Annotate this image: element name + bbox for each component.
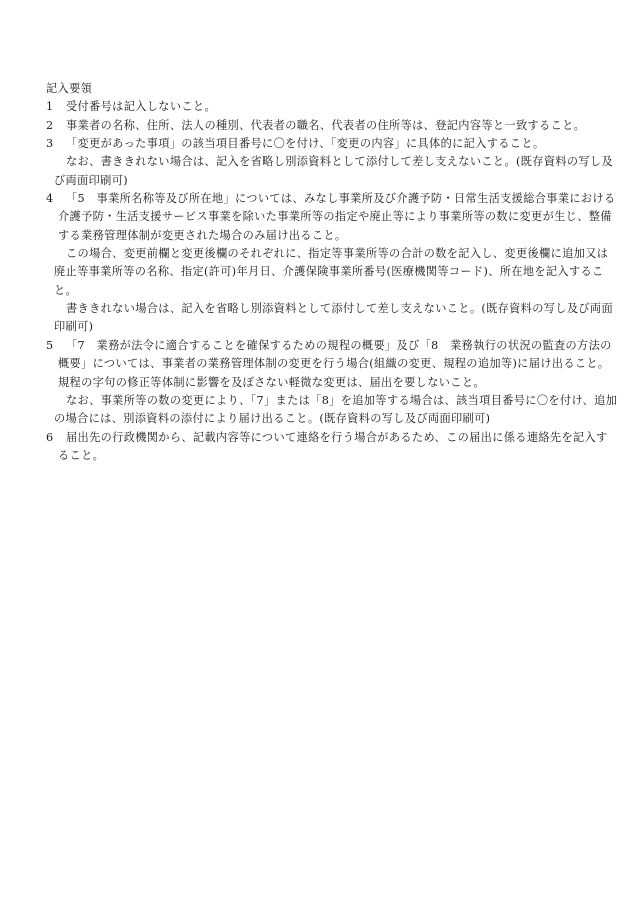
instructions-document: 記入要領 1 受付番号は記入しないこと。 2 事業者の名称、住所、法人の種別、代… (46, 80, 618, 465)
item-text: 事業者の名称、住所、法人の種別、代表者の職名、代表者の住所等は、登記内容等と一致… (66, 117, 618, 135)
instruction-item-5: 5 「7 業務が法令に適合することを確保するための規程の概要」及び「8 業務執行… (46, 337, 618, 392)
item-4-paragraph-3: 書ききれない場合は、記入を省略し別添資料として添付して差し支えないこと。(既存資… (46, 300, 618, 337)
instruction-item-1: 1 受付番号は記入しないこと。 (46, 98, 618, 116)
item-number: 5 (46, 337, 53, 355)
item-5-paragraph-2: なお、事業所等の数の変更により、「7」または「8」を追加等する場合は、該当項目番… (46, 392, 618, 429)
instruction-item-6: 6 届出先の行政機関から、記載内容等について連絡を行う場合があるため、この届出に… (46, 429, 618, 466)
item-text: 受付番号は記入しないこと。 (66, 98, 618, 116)
item-number: 6 (46, 429, 53, 447)
instruction-item-2: 2 事業者の名称、住所、法人の種別、代表者の職名、代表者の住所等は、登記内容等と… (46, 117, 618, 135)
item-text: 届出先の行政機関から、記載内容等について連絡を行う場合があるため、この届出に係る… (58, 429, 618, 466)
item-number: 1 (46, 98, 53, 116)
item-number: 2 (46, 117, 53, 135)
instruction-item-4: 4 「5 事業所名称等及び所在地」については、みなし事業所及び介護予防・日常生活… (46, 190, 618, 245)
document-title: 記入要領 (46, 80, 618, 98)
item-text: 「5 事業所名称等及び所在地」については、みなし事業所及び介護予防・日常生活支援… (58, 190, 618, 245)
item-text: 「変更があった事項」の該当項目番号に〇を付け、「変更の内容」に具体的に記入するこ… (66, 135, 618, 153)
item-3-note: なお、書ききれない場合は、記入を省略し別添資料として添付して差し支えないこと。(… (46, 153, 618, 190)
item-number: 4 (46, 190, 53, 208)
item-4-paragraph-2: この場合、変更前欄と変更後欄のそれぞれに、指定等事業所等の合計の数を記入し、変更… (46, 245, 618, 300)
item-number: 3 (46, 135, 53, 153)
instruction-item-3: 3 「変更があった事項」の該当項目番号に〇を付け、「変更の内容」に具体的に記入す… (46, 135, 618, 153)
item-text: 「7 業務が法令に適合することを確保するための規程の概要」及び「8 業務執行の状… (58, 337, 618, 392)
